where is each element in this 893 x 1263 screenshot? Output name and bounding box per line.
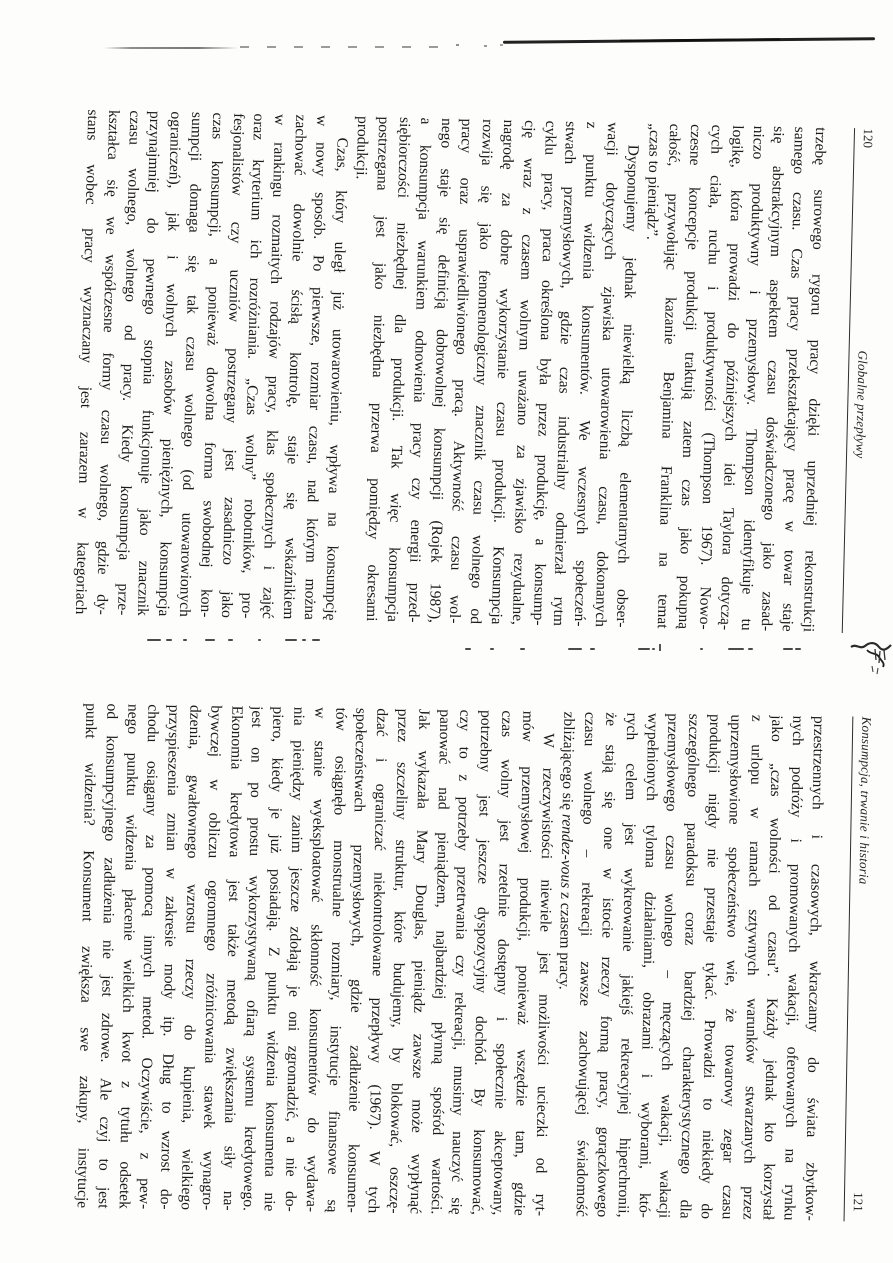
boundary-dash [312, 639, 320, 641]
page-number: 121 [850, 1192, 867, 1212]
boundary-dash [205, 639, 215, 641]
page-body: przestrzennych i czasowych, wkraczamy do… [71, 703, 828, 1221]
boundary-dash [568, 648, 582, 650]
page-body: trzebę surowego rygoru pracy dzięki uprz… [69, 109, 830, 632]
boundary-dash [783, 648, 793, 650]
running-head: Konsumpcja, trwanie i historia 121 [844, 716, 876, 1221]
boundary-dash [302, 639, 306, 641]
boundary-dash [228, 639, 233, 641]
page-number: 120 [860, 128, 877, 148]
boundary-dash [638, 648, 650, 650]
photocopy-smudge-icon [849, 636, 893, 678]
photocopy-edge-dots [456, 44, 459, 46]
boundary-dash [147, 639, 161, 641]
boundary-dash [465, 648, 471, 650]
boundary-dash [285, 639, 297, 641]
page-120: 120 Globalne przepływy trzebę surowego r… [80, 109, 877, 633]
boundary-dash [590, 648, 595, 650]
boundary-dash [728, 648, 744, 650]
boundary-dash [748, 648, 753, 650]
boundary-dash [795, 648, 801, 650]
boundary-dash [490, 648, 494, 650]
scanned-spread: 120 Globalne przepływy trzebę surowego r… [0, 0, 893, 1263]
boundary-dash [520, 648, 525, 650]
running-head-title: Konsumpcja, trwanie i historia [855, 717, 875, 885]
photocopy-edge-line-dashed [240, 46, 452, 48]
photocopy-edge-line-faint [104, 47, 238, 49]
boundary-tick [659, 644, 661, 651]
running-head: 120 Globalne przepływy [842, 128, 877, 633]
boundary-dash [652, 648, 655, 650]
boundary-dash [700, 648, 703, 650]
page-121: Konsumpcja, trwanie i historia 121 przes… [82, 703, 876, 1222]
running-head-title: Globalne przepływy [852, 350, 872, 458]
boundary-dash [166, 639, 172, 641]
boundary-dash [258, 639, 261, 641]
boundary-dash [183, 639, 187, 641]
